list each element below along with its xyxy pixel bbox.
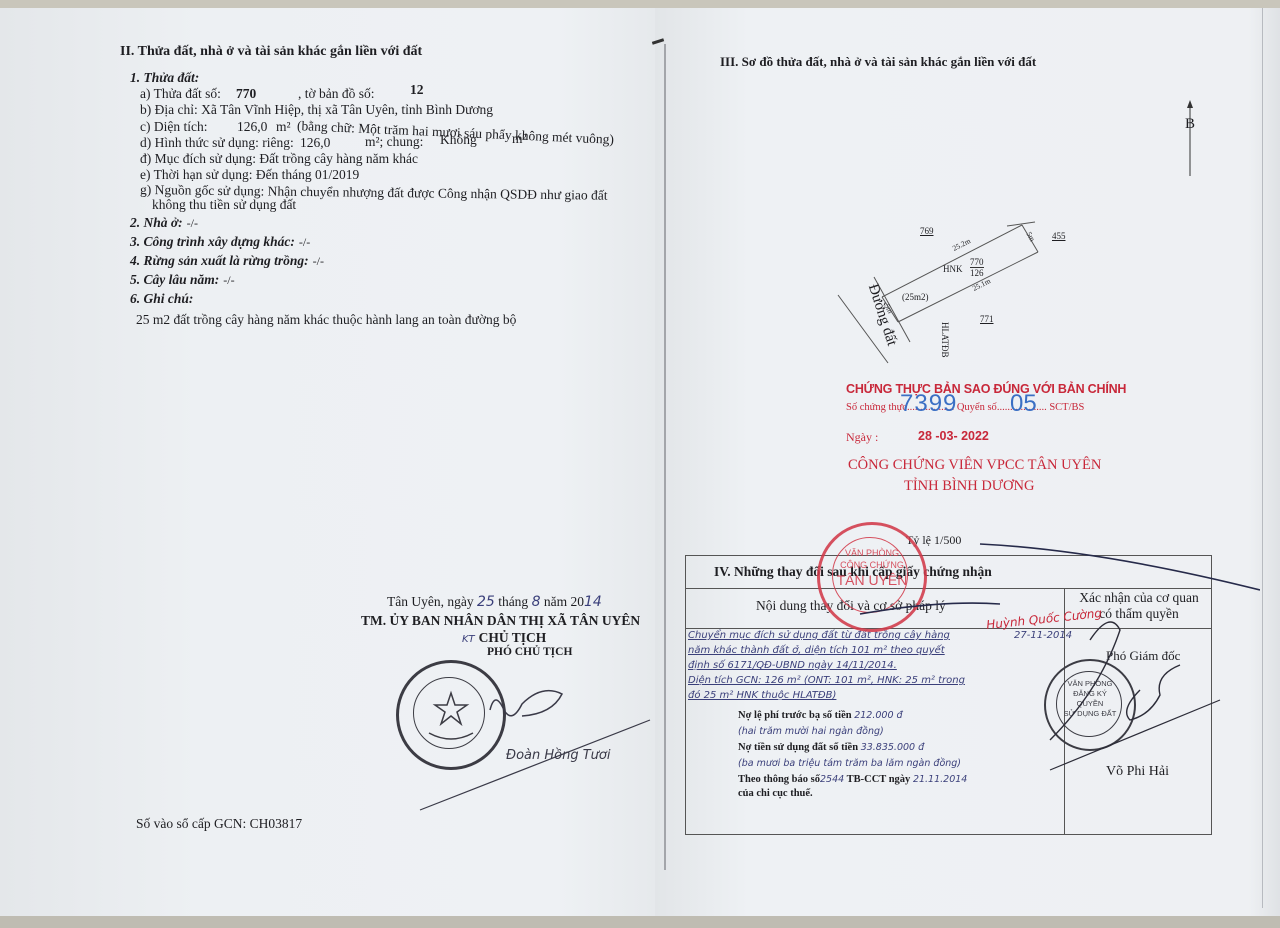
handwritten-line: Diện tích GCN: 126 m² (ONT: 101 m², HNK:…: [688, 675, 965, 686]
land-purpose: đ) Mục đích sử dụng: Đất trồng cây hàng …: [140, 151, 418, 167]
issuing-org: TM. ỦY BAN NHÂN DÂN THỊ XÃ TÂN UYÊN: [361, 613, 640, 629]
notary-date-label: Ngày :: [846, 430, 878, 445]
tax-notice-suffix: của chi cục thuế.: [738, 788, 813, 799]
parcel-heading: 1. Thửa đất:: [130, 70, 199, 86]
handwritten-line: Chuyển mục đích sử dụng đất từ đất trồng…: [688, 630, 950, 641]
vice-chairman-title: PHÓ CHỦ TỊCH: [487, 646, 572, 658]
notary-cert-line: Số chứng thực.................. Quyển số…: [846, 402, 1084, 413]
property-item: 2. Nhà ở: -/-: [130, 214, 198, 232]
notary-book-number: 05: [1010, 390, 1037, 418]
signing-month: 8: [532, 594, 541, 610]
debt-line: (hai trăm mười hai ngàn đồng): [738, 726, 884, 737]
signing-place-date: Tân Uyên, ngày 25 tháng 8 năm 2014: [387, 594, 602, 610]
handwritten-line: đó 25 m² HNK thuộc HLATĐB): [688, 690, 836, 701]
parcel-number-label: a) Thửa đất số:: [140, 86, 221, 102]
handwritten-line: năm khác thành đất ở, diện tích 101 m² t…: [688, 645, 945, 656]
area-value: 126,0: [237, 119, 267, 135]
handwritten-line: định số 6171/QĐ-UBND ngày 14/11/2014.: [688, 660, 897, 671]
area-label: c) Diện tích:: [140, 119, 207, 135]
usage-shared-label: m²; chung:: [365, 134, 423, 150]
notary-stamp-heading: CHỨNG THỰC BẢN SAO ĐÚNG VỚI BẢN CHÍNH: [846, 382, 1126, 396]
debt-line: Nợ tiền sử dụng đất số tiền 33.835.000 đ: [738, 742, 924, 753]
address: b) Địa chỉ: Xã Tân Vĩnh Hiệp, thị xã Tân…: [140, 102, 493, 118]
signing-day: 25: [477, 594, 495, 610]
debt-line: Nợ lệ phí trước bạ số tiền 212.000 đ: [738, 710, 903, 721]
property-item: 5. Cây lâu năm: -/-: [130, 271, 235, 289]
signature-stroke: [400, 660, 660, 820]
north-label: B: [1185, 116, 1195, 133]
corridor-area: (25m2): [902, 292, 929, 302]
north-arrow-icon: [1180, 98, 1200, 178]
parcel-fraction: 770 126: [970, 257, 984, 278]
land-origin-cont: không thu tiền sử dụng đất: [152, 197, 296, 213]
signing-year: 14: [584, 594, 602, 610]
property-item: 4. Rừng sản xuất là rừng trồng: -/-: [130, 252, 324, 270]
property-item: 6. Ghi chú:: [130, 290, 193, 308]
map-sheet-label: , tờ bản đồ số:: [298, 86, 375, 102]
cert-number: Số vào sổ cấp GCN: CH03817: [136, 816, 302, 832]
area-unit: m²: [276, 119, 291, 135]
parcel-number: 770: [236, 86, 256, 102]
cert-number-value: CH03817: [250, 816, 303, 831]
background-surface: [0, 916, 1280, 928]
page-edge: [1262, 8, 1263, 908]
parcel-landuse: HNK: [943, 264, 963, 274]
section-ii-title: II. Thửa đất, nhà ở và tài sản khác gắn …: [120, 44, 422, 60]
usage-form-label: d) Hình thức sử dụng: riêng:: [140, 135, 294, 151]
debt-line: (ba mươi ba triệu tám trăm ba lăm ngàn đ…: [738, 758, 961, 769]
signer-name: Đoàn Hồng Tươi: [506, 748, 610, 763]
neighbor-771: 771: [980, 314, 994, 324]
page-fold: [664, 44, 666, 870]
usage-term: e) Thời hạn sử dụng: Đến tháng 01/2019: [140, 167, 359, 183]
map-sheet-number: 12: [410, 82, 424, 98]
corridor-label: HLATĐB: [940, 322, 950, 358]
tax-notice-line: Theo thông báo số2544 TB-CCT ngày 21.11.…: [738, 774, 967, 785]
note-text: 25 m2 đất trồng cây hàng năm khác thuộc …: [136, 312, 516, 328]
notary-cert-number: 7399: [900, 390, 957, 418]
usage-private-area: 126,0: [300, 135, 330, 151]
usage-shared-unit: m²: [512, 131, 527, 147]
approver-signature-stroke: [1030, 600, 1230, 780]
notary-date: 28 -03- 2022: [918, 429, 989, 443]
neighbor-769: 769: [920, 226, 934, 236]
section-iii-title: III. Sơ đồ thửa đất, nhà ở và tài sản kh…: [720, 54, 1036, 70]
neighbor-455: 455: [1052, 231, 1066, 241]
pen-strokes: [780, 540, 1260, 620]
property-item: 3. Công trình xây dựng khác: -/-: [130, 233, 310, 251]
notary-office: CÔNG CHỨNG VIÊN VPCC TÂN UYÊN: [848, 457, 1101, 474]
notary-province: TỈNH BÌNH DƯƠNG: [904, 478, 1034, 495]
chairman-title: KT CHỦ TỊCH: [462, 629, 546, 647]
usage-shared-value: Không: [440, 132, 477, 148]
